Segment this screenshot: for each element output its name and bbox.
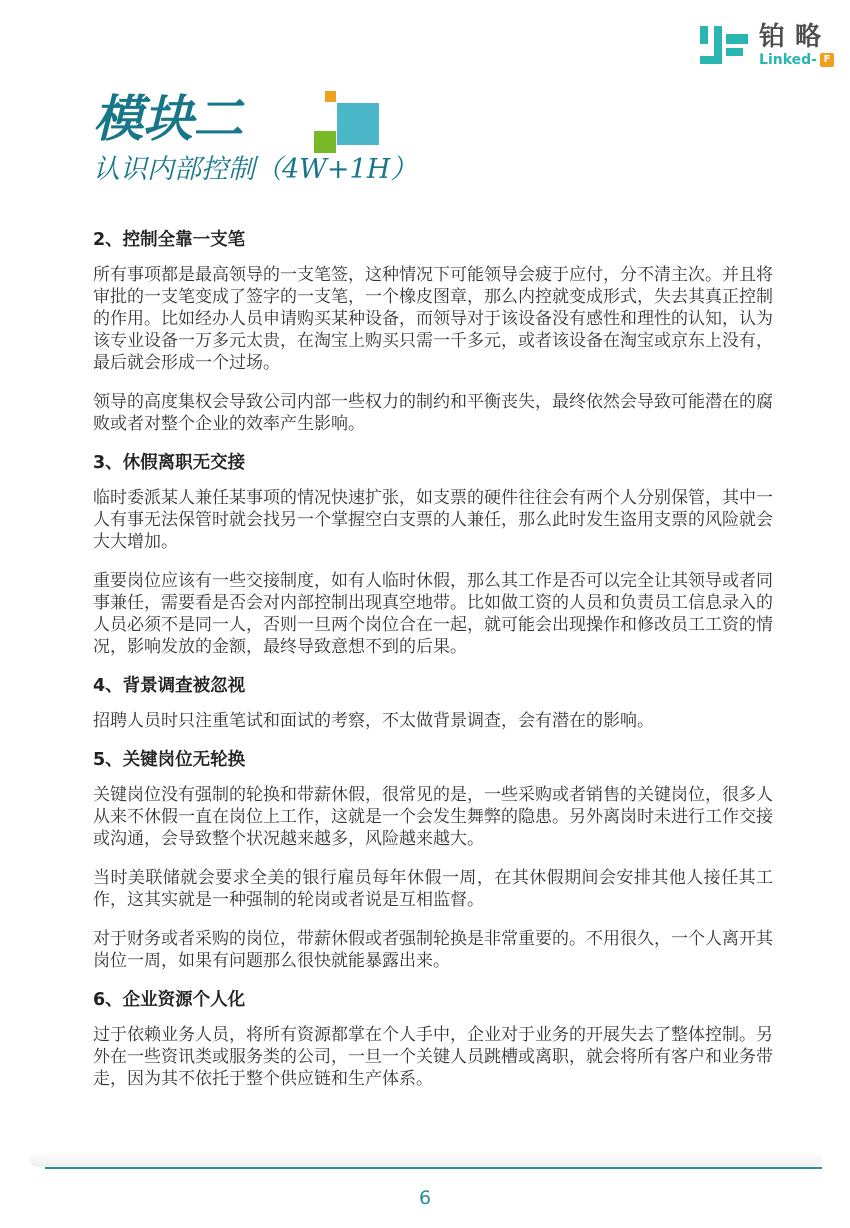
section-key-position-no-rotation: 5、关键岗位无轮换 关键岗位没有强制的轮换和带薪休假，很常见的是，一些采购或者销… xyxy=(93,748,773,972)
section-heading: 5、关键岗位无轮换 xyxy=(93,748,773,772)
brand-name-en-prefix: Linked- xyxy=(759,52,817,68)
footer-divider-line xyxy=(45,1167,822,1169)
document-page: 铂略 Linked- F 模块二 认识内部控制（4W+1H） 2、控制全靠一支笔… xyxy=(0,0,850,1228)
brand-logo: 铂略 Linked- F xyxy=(698,22,834,68)
section-paragraph: 重要岗位应该有一些交接制度，如有人临时休假，那么其工作是否可以完全让其领导或者同… xyxy=(93,570,773,658)
section-heading: 6、企业资源个人化 xyxy=(93,988,773,1012)
section-heading: 3、休假离职无交接 xyxy=(93,451,773,475)
section-background-check-ignored: 4、背景调查被忽视 招聘人员时只注重笔试和面试的考察，不太做背景调查，会有潜在的… xyxy=(93,674,773,732)
section-paragraph: 所有事项都是最高领导的一支笔签，这种情况下可能领导会疲于应付，分不清主次。并且将… xyxy=(93,264,773,374)
section-leave-no-handover: 3、休假离职无交接 临时委派某人兼任某事项的情况快速扩张，如支票的硬件往往会有两… xyxy=(93,451,773,658)
section-heading: 4、背景调查被忽视 xyxy=(93,674,773,698)
section-paragraph: 招聘人员时只注重笔试和面试的考察，不太做背景调查，会有潜在的影响。 xyxy=(93,710,773,732)
section-paragraph: 领导的高度集权会导致公司内部一些权力的制约和平衡丧失，最终依然会导致可能潜在的腐… xyxy=(93,391,773,435)
footer-divider-band xyxy=(30,1152,822,1167)
section-paragraph: 过于依赖业务人员，将所有资源都掌在个人手中，企业对于业务的开展失去了整体控制。另… xyxy=(93,1024,773,1090)
module-subtitle: 认识内部控制（4W+1H） xyxy=(93,154,417,186)
linked-f-logo-icon xyxy=(698,22,750,68)
brand-text: 铂略 Linked- F xyxy=(759,22,834,68)
title-block: 模块二 认识内部控制（4W+1H） xyxy=(93,88,417,186)
module-title: 模块二 xyxy=(93,88,417,150)
section-paragraph: 当时美联储就会要求全美的银行雇员每年休假一周，在其休假期间会安排其他人接任其工作… xyxy=(93,867,773,911)
section-enterprise-resources-personalized: 6、企业资源个人化 过于依赖业务人员，将所有资源都掌在个人手中，企业对于业务的开… xyxy=(93,988,773,1090)
section-control-single-pen: 2、控制全靠一支笔 所有事项都是最高领导的一支笔签，这种情况下可能领导会疲于应付… xyxy=(93,228,773,435)
section-heading: 2、控制全靠一支笔 xyxy=(93,228,773,252)
section-paragraph: 对于财务或者采购的岗位，带薪休假或者强制轮换是非常重要的。不用很久，一个人离开其… xyxy=(93,928,773,972)
brand-f-badge: F xyxy=(820,53,834,67)
brand-name-en: Linked- F xyxy=(759,52,834,68)
brand-name-cn: 铂略 xyxy=(759,22,831,52)
content: 2、控制全靠一支笔 所有事项都是最高领导的一支笔签，这种情况下可能领导会疲于应付… xyxy=(93,228,773,1090)
page-number: 6 xyxy=(0,1186,850,1210)
section-paragraph: 临时委派某人兼任某事项的情况快速扩张，如支票的硬件往往会有两个人分别保管，其中一… xyxy=(93,487,773,553)
section-paragraph: 关键岗位没有强制的轮换和带薪休假，很常见的是，一些采购或者销售的关键岗位，很多人… xyxy=(93,784,773,850)
